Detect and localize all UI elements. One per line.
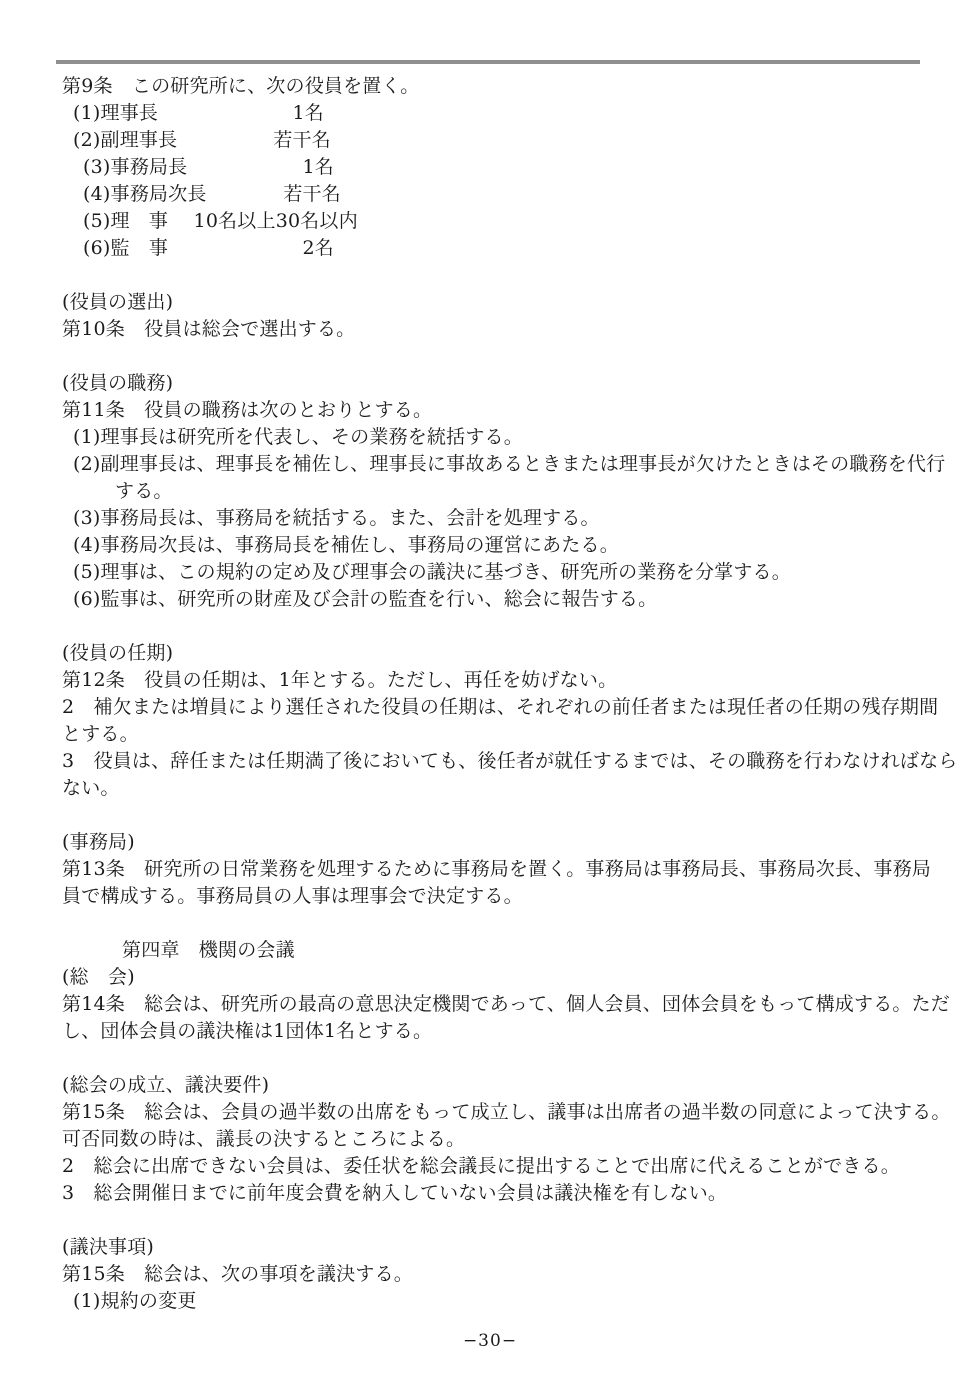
page-number: −30− bbox=[0, 1331, 980, 1351]
continuation-line: する。 bbox=[62, 478, 942, 505]
section-label-line: (役員の任期) bbox=[62, 640, 942, 667]
paragraph-line: 可否同数の時は、議長の決するところによる。 bbox=[62, 1126, 942, 1153]
list-item-line: (1)規約の変更 bbox=[62, 1288, 942, 1315]
list-item-line: (1)理事長 1名 bbox=[62, 100, 942, 127]
section-label-line: (総会の成立、議決要件) bbox=[62, 1072, 942, 1099]
paragraph-line: 3 総会開催日までに前年度会費を納入していない会員は議決権を有しない。 bbox=[62, 1180, 942, 1207]
paragraph-line: 3 役員は、辞任または任期満了後においても、後任者が就任するまでは、その職務を行… bbox=[62, 748, 942, 775]
blank-line bbox=[62, 1045, 942, 1072]
blank-line bbox=[62, 910, 942, 937]
section-label-line: (議決事項) bbox=[62, 1234, 942, 1261]
list-item-line: (3)事務局長は、事務局を統括する。また、会計を処理する。 bbox=[62, 505, 942, 532]
paragraph-line: 2 総会に出席できない会員は、委任状を総会議長に提出することで出席に代えることが… bbox=[62, 1153, 942, 1180]
top-divider-rule bbox=[56, 60, 920, 64]
list-item-line: (3)事務局長 1名 bbox=[62, 154, 942, 181]
article-line: 第14条 総会は、研究所の最高の意思決定機関であって、個人会員、団体会員をもって… bbox=[62, 991, 942, 1018]
article-line: 第13条 研究所の日常業務を処理するために事務局を置く。事務局は事務局長、事務局… bbox=[62, 856, 942, 883]
list-item-line: (6)監 事 2名 bbox=[62, 235, 942, 262]
paragraph-line: とする。 bbox=[62, 721, 942, 748]
article-line: 第10条 役員は総会で選出する。 bbox=[62, 316, 942, 343]
list-item-line: (4)事務局次長 若干名 bbox=[62, 181, 942, 208]
section-label-line: (総 会) bbox=[62, 964, 942, 991]
article-line: 第11条 役員の職務は次のとおりとする。 bbox=[62, 397, 942, 424]
blank-line bbox=[62, 343, 942, 370]
paragraph-line: し、団体会員の議決権は1団体1名とする。 bbox=[62, 1018, 942, 1045]
paragraph-line: ない。 bbox=[62, 775, 942, 802]
blank-line bbox=[62, 613, 942, 640]
blank-line bbox=[62, 262, 942, 289]
document-body: 第9条 この研究所に、次の役員を置く。(1)理事長 1名(2)副理事長 若干名(… bbox=[62, 73, 942, 1315]
document-page: 第9条 この研究所に、次の役員を置く。(1)理事長 1名(2)副理事長 若干名(… bbox=[0, 0, 980, 1386]
list-item-line: (6)監事は、研究所の財産及び会計の監査を行い、総会に報告する。 bbox=[62, 586, 942, 613]
chapter-heading-line: 第四章 機関の会議 bbox=[62, 937, 942, 964]
section-label-line: (事務局) bbox=[62, 829, 942, 856]
paragraph-line: 2 補欠または増員により選任された役員の任期は、それぞれの前任者または現任者の任… bbox=[62, 694, 942, 721]
list-item-line: (4)事務局次長は、事務局長を補佐し、事務局の運営にあたる。 bbox=[62, 532, 942, 559]
paragraph-line: 員で構成する。事務局員の人事は理事会で決定する。 bbox=[62, 883, 942, 910]
article-line: 第12条 役員の任期は、1年とする。ただし、再任を妨げない。 bbox=[62, 667, 942, 694]
article-line: 第9条 この研究所に、次の役員を置く。 bbox=[62, 73, 942, 100]
list-item-line: (2)副理事長 若干名 bbox=[62, 127, 942, 154]
list-item-line: (1)理事長は研究所を代表し、その業務を統括する。 bbox=[62, 424, 942, 451]
article-line: 第15条 総会は、次の事項を議決する。 bbox=[62, 1261, 942, 1288]
list-item-line: (5)理 事 10名以上30名以内 bbox=[62, 208, 942, 235]
blank-line bbox=[62, 802, 942, 829]
blank-line bbox=[62, 1207, 942, 1234]
article-line: 第15条 総会は、会員の過半数の出席をもって成立し、議事は出席者の過半数の同意に… bbox=[62, 1099, 942, 1126]
section-label-line: (役員の職務) bbox=[62, 370, 942, 397]
list-item-line: (5)理事は、この規約の定め及び理事会の議決に基づき、研究所の業務を分掌する。 bbox=[62, 559, 942, 586]
section-label-line: (役員の選出) bbox=[62, 289, 942, 316]
list-item-line: (2)副理事長は、理事長を補佐し、理事長に事故あるときまたは理事長が欠けたときは… bbox=[62, 451, 942, 478]
